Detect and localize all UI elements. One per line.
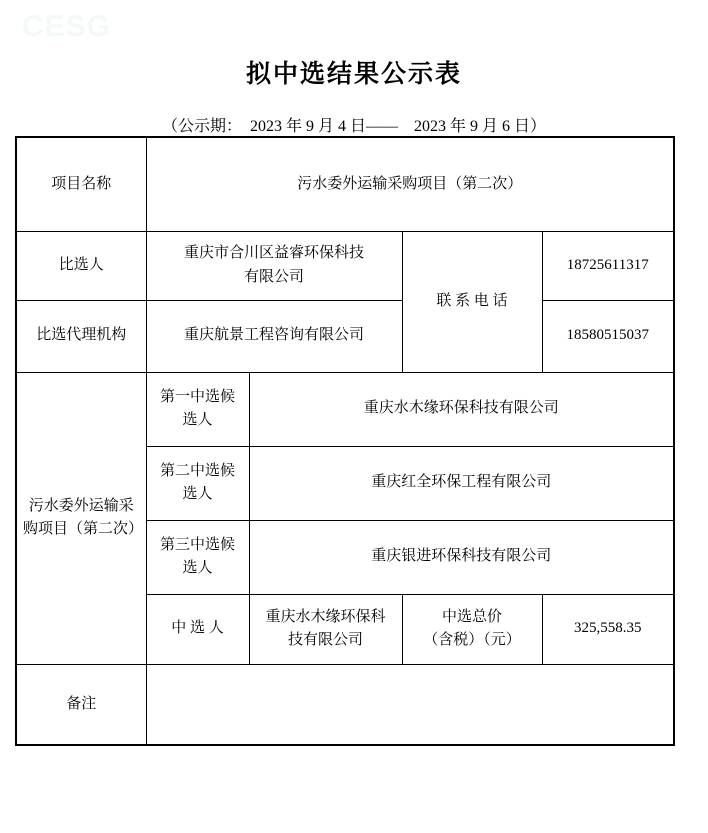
candidate-3-label-cell: 第三中选候 选人	[146, 520, 249, 594]
agency-label-cell: 比选代理机构	[16, 300, 146, 372]
agency-phone-cell: 18580515037	[542, 300, 674, 372]
contact-phone-label-cell: 联 系 电 话	[402, 231, 542, 372]
candidate-1-label-cell: 第一中选候 选人	[146, 372, 249, 446]
row-bidder: 比选人 重庆市合川区益睿环保科技 有限公司 联 系 电 话 1872561131…	[16, 231, 674, 300]
row-agency: 比选代理机构 重庆航景工程咨询有限公司 18580515037	[16, 300, 674, 372]
row-project-name: 项目名称 污水委外运输采购项目（第二次）	[16, 137, 674, 231]
bidder-name-cell: 重庆市合川区益睿环保科技 有限公司	[146, 231, 402, 300]
project-group-cell: 污水委外运输采 购项目（第二次）	[16, 372, 146, 664]
document-page: CESG 拟中选结果公示表 （公示期： 2023 年 9 月 4 日—— 202…	[0, 0, 708, 833]
remarks-value-cell	[146, 664, 674, 745]
watermark-logo: CESG	[22, 10, 111, 44]
publicity-period: （公示期： 2023 年 9 月 4 日—— 2023 年 9 月 6 日）	[0, 113, 708, 136]
bidder-label-cell: 比选人	[16, 231, 146, 300]
winner-label-cell: 中 选 人	[146, 594, 249, 664]
row-remarks: 备注	[16, 664, 674, 745]
remarks-label-cell: 备注	[16, 664, 146, 745]
candidate-3-name-cell: 重庆银进环保科技有限公司	[249, 520, 674, 594]
candidate-2-label-cell: 第二中选候 选人	[146, 446, 249, 520]
total-price-value-cell: 325,558.35	[542, 594, 674, 664]
winner-name-cell: 重庆水木缘环保科 技有限公司	[249, 594, 402, 664]
total-price-label-cell: 中选总价 （含税）（元）	[402, 594, 542, 664]
row-candidate-1: 污水委外运输采 购项目（第二次） 第一中选候 选人 重庆水木缘环保科技有限公司	[16, 372, 674, 446]
project-name-label-cell: 项目名称	[16, 137, 146, 231]
bidder-phone-cell: 18725611317	[542, 231, 674, 300]
results-table: 项目名称 污水委外运输采购项目（第二次） 比选人 重庆市合川区益睿环保科技 有限…	[15, 136, 675, 746]
project-name-value-cell: 污水委外运输采购项目（第二次）	[146, 137, 674, 231]
agency-name-cell: 重庆航景工程咨询有限公司	[146, 300, 402, 372]
candidate-1-name-cell: 重庆水木缘环保科技有限公司	[249, 372, 674, 446]
candidate-2-name-cell: 重庆红全环保工程有限公司	[249, 446, 674, 520]
